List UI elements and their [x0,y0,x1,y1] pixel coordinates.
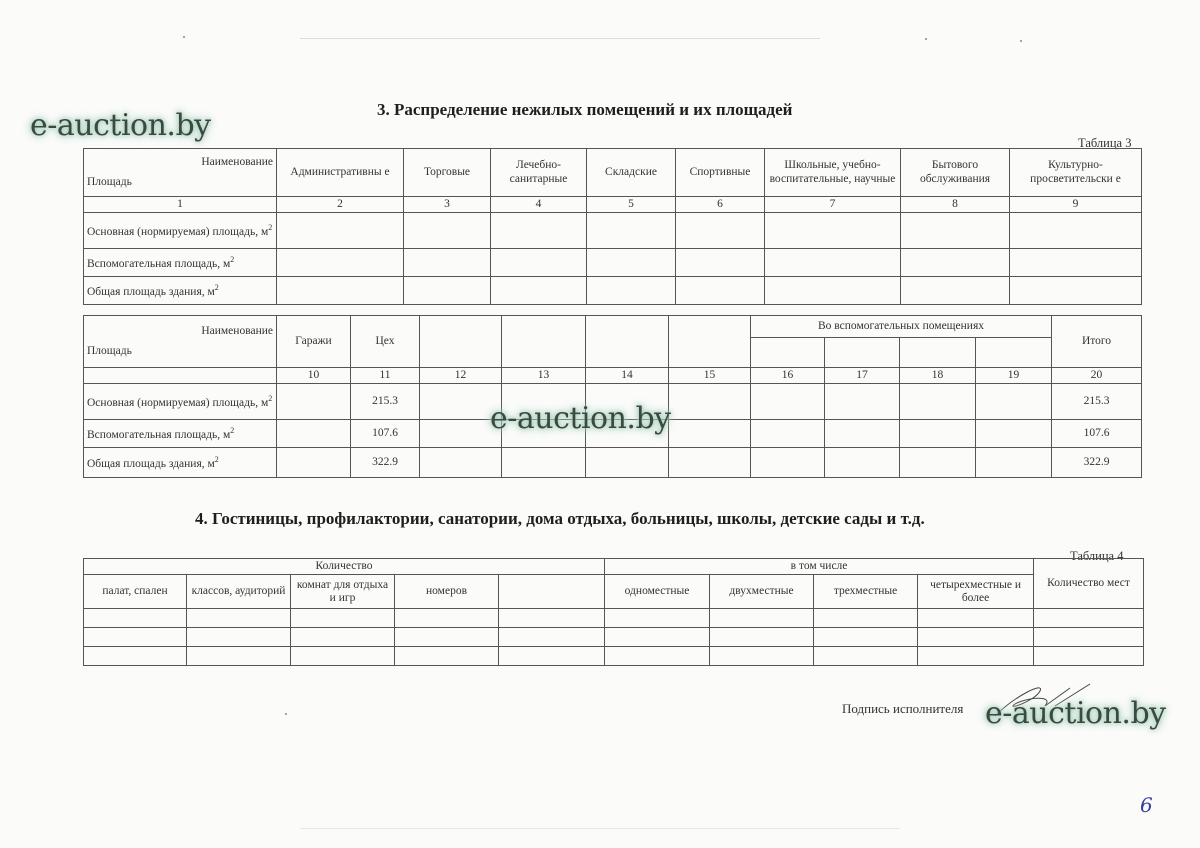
col-header [586,316,669,368]
cell [918,609,1034,628]
cell [291,647,395,666]
col-header: четырехместные и более [918,575,1034,609]
cell [814,628,918,647]
cell [918,647,1034,666]
cell [814,609,918,628]
cell [900,384,976,420]
cell [605,647,710,666]
col-number: 19 [976,368,1052,384]
cell [502,448,586,478]
aux-col-header [976,338,1052,368]
cell [187,609,291,628]
table-row [84,609,1144,628]
cell [499,609,605,628]
cell [277,420,351,448]
cell [404,213,491,249]
cell [751,420,825,448]
col-number: 18 [900,368,976,384]
row-label: Основная (нормируемая) площадь, м2 [84,213,277,249]
col-header: палат, спален [84,575,187,609]
col-header [669,316,751,368]
cell [587,249,676,277]
col-header: Складские [587,149,676,197]
cell [404,249,491,277]
col-header: Лечебно-санитарные [491,149,587,197]
cell [84,647,187,666]
col-header: комнат для отдыха и игр [291,575,395,609]
col-header: Торговые [404,149,491,197]
cell [587,277,676,305]
cell [291,628,395,647]
col-number: 15 [669,368,751,384]
cell [277,277,404,305]
col-header: трехместные [814,575,918,609]
cell [976,420,1052,448]
table-row: Общая площадь здания, м2 [84,277,1142,305]
cell [825,420,900,448]
row-label: Общая площадь здания, м2 [84,448,277,478]
cell [1034,647,1144,666]
cell [395,628,499,647]
section3-title: 3. Распределение нежилых помещений и их … [377,100,792,120]
cell [277,213,404,249]
cell [825,448,900,478]
cell [814,647,918,666]
cell [751,448,825,478]
cell [605,628,710,647]
cell [491,213,587,249]
total-header: Итого [1052,316,1142,368]
cell [901,249,1010,277]
table-row: Общая площадь здания, м2 322.9 322.9 [84,448,1142,478]
col-number [84,368,277,384]
cell [765,249,901,277]
aux-group-header: Во вспомогательных помещениях [751,316,1052,338]
cell [1010,277,1142,305]
col-number: 6 [676,197,765,213]
cell [291,609,395,628]
cell [491,277,587,305]
col-number: 11 [351,368,420,384]
cell [710,609,814,628]
aux-col-header [900,338,976,368]
col-number: 8 [901,197,1010,213]
cell [187,628,291,647]
col-header [499,575,605,609]
watermark: e-auction.by [985,696,1166,731]
page-mark: 6 [1140,793,1153,817]
cell [491,249,587,277]
cell [84,628,187,647]
cell [976,384,1052,420]
col-header [502,316,586,368]
cell [404,277,491,305]
cell [587,213,676,249]
corner-top-label: Наименование [87,325,273,338]
cell [918,628,1034,647]
scan-speck [1020,40,1022,42]
cell [669,420,751,448]
scan-artifact [300,828,900,829]
col-number: 7 [765,197,901,213]
col-number: 10 [277,368,351,384]
table-row [84,647,1144,666]
cell [187,647,291,666]
cell-value: 107.6 [351,420,420,448]
cell [710,628,814,647]
cell [605,609,710,628]
total-cell: 215.3 [1052,384,1142,420]
scan-artifact [300,38,820,39]
places-header: Количество мест [1034,559,1144,609]
col-header: Культурно-просветительски е [1010,149,1142,197]
col-header: Административны е [277,149,404,197]
col-header: Школьные, учебно-воспитательные, научные [765,149,901,197]
col-header: одноместные [605,575,710,609]
col-number: 5 [587,197,676,213]
aux-col-header [825,338,900,368]
col-header: Цех [351,316,420,368]
cell [765,277,901,305]
table3-b: Наименование Площадь Гаражи Цех Во вспом… [83,315,1142,478]
col-number: 14 [586,368,669,384]
including-group-header: в том числе [605,559,1034,575]
table-row: Вспомогательная площадь, м2 [84,249,1142,277]
cell [84,609,187,628]
col-number: 2 [277,197,404,213]
cell [676,249,765,277]
corner-header: Наименование Площадь [84,149,277,197]
cell [499,628,605,647]
row-label: Общая площадь здания, м2 [84,277,277,305]
cell [395,647,499,666]
cell [277,384,351,420]
section4-title: 4. Гостиницы, профилактории, санатории, … [195,509,925,529]
corner-header: Наименование Площадь [84,316,277,368]
col-header: Бытового обслуживания [901,149,1010,197]
watermark: e-auction.by [490,401,671,436]
cell [669,448,751,478]
total-cell: 322.9 [1052,448,1142,478]
row-label: Вспомогательная площадь, м2 [84,420,277,448]
cell [277,448,351,478]
corner-bottom-label: Площадь [87,345,273,358]
col-number: 16 [751,368,825,384]
cell [751,384,825,420]
col-number: 1 [84,197,277,213]
col-header: двухместные [710,575,814,609]
cell [765,213,901,249]
cell [900,420,976,448]
col-header: номеров [395,575,499,609]
aux-col-header [751,338,825,368]
scan-speck [925,38,927,40]
count-group-header: Количество [84,559,605,575]
col-header: Спортивные [676,149,765,197]
cell-value: 215.3 [351,384,420,420]
scan-speck [183,36,185,38]
row-label: Вспомогательная площадь, м2 [84,249,277,277]
cell [825,384,900,420]
cell [710,647,814,666]
col-header: Гаражи [277,316,351,368]
cell [901,277,1010,305]
cell [499,647,605,666]
table4: Количество в том числе Количество мест п… [83,558,1144,666]
cell [676,277,765,305]
cell [395,609,499,628]
col-header: классов, аудиторий [187,575,291,609]
watermark: e-auction.by [30,108,211,143]
table-row: Основная (нормируемая) площадь, м2 [84,213,1142,249]
table-row [84,628,1144,647]
cell [676,213,765,249]
cell [1034,609,1144,628]
total-cell: 107.6 [1052,420,1142,448]
col-number: 20 [1052,368,1142,384]
col-number: 12 [420,368,502,384]
cell-value: 322.9 [351,448,420,478]
cell [420,448,502,478]
table3-a: Наименование Площадь Административны е Т… [83,148,1142,305]
col-number: 17 [825,368,900,384]
corner-bottom-label: Площадь [87,176,273,189]
cell [1010,249,1142,277]
row-label: Основная (нормируемая) площадь, м2 [84,384,277,420]
cell [976,448,1052,478]
corner-top-label: Наименование [87,156,273,169]
col-number: 4 [491,197,587,213]
cell [1034,628,1144,647]
cell [586,448,669,478]
cell [901,213,1010,249]
col-header [420,316,502,368]
cell [1010,213,1142,249]
cell [669,384,751,420]
signature-label: Подпись исполнителя [842,701,963,717]
cell [900,448,976,478]
cell [277,249,404,277]
col-number: 13 [502,368,586,384]
col-number: 3 [404,197,491,213]
col-number: 9 [1010,197,1142,213]
scan-speck [285,713,287,715]
